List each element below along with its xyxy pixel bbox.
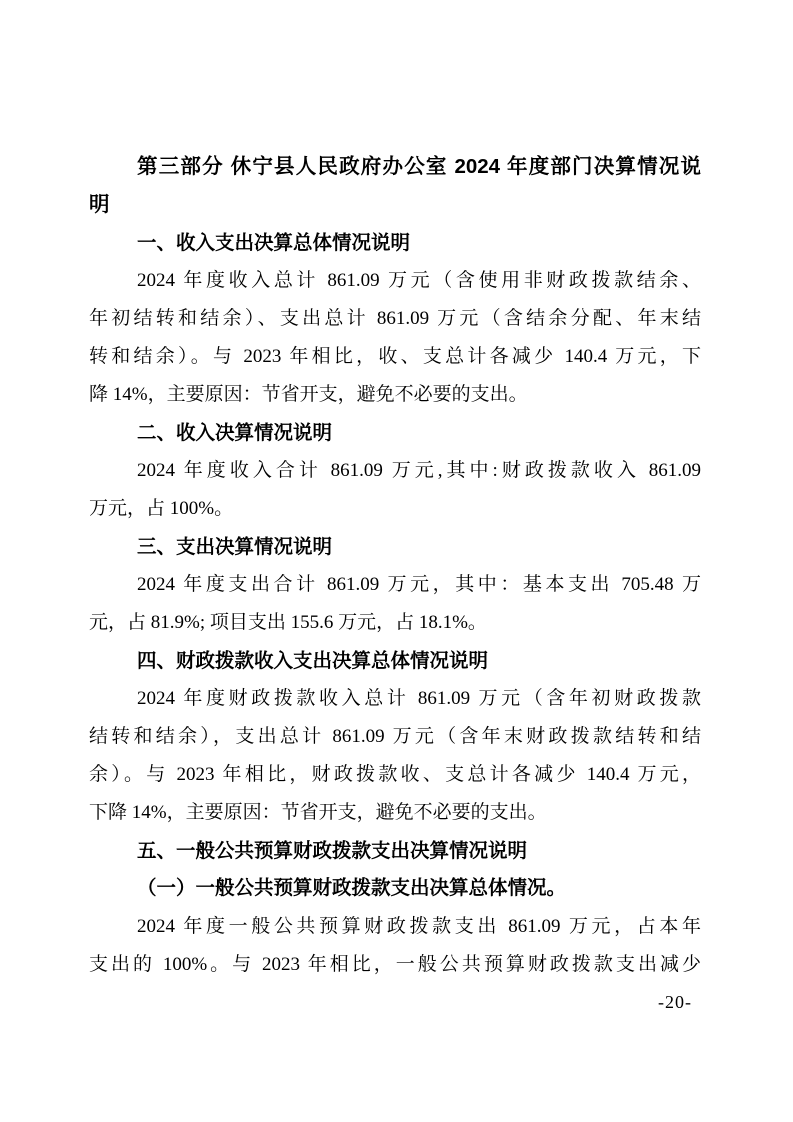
- section-5-subheading: （一）一般公共预算财政拨款支出决算总体情况。: [89, 870, 701, 908]
- section-4-heading: 四、财政拨款收入支出决算总体情况说明: [89, 642, 701, 680]
- page-number: -20-: [658, 991, 692, 1013]
- paragraph-line: 2024 年度一般公共预算财政拨款支出 861.09 万元，占本年: [89, 908, 701, 946]
- paragraph-line: 2024 年度财政拨款收入总计 861.09 万元（含年初财政拨款: [89, 680, 701, 718]
- paragraph-line: 2024 年度收入合计 861.09 万元,其中:财政拨款收入 861.09: [89, 452, 701, 490]
- section-5-heading: 五、一般公共预算财政拨款支出决算情况说明: [89, 832, 701, 870]
- part-title-line-2: 明: [89, 186, 701, 224]
- paragraph-line: 结转和结余），支出总计 861.09 万元（含年末财政拨款结转和结: [89, 718, 701, 756]
- section-1-heading: 一、收入支出决算总体情况说明: [89, 224, 701, 262]
- part-title-line-1: 第三部分 休宁县人民政府办公室 2024 年度部门决算情况说: [89, 148, 701, 186]
- paragraph-line: 万元，占 100%。: [89, 490, 701, 528]
- paragraph-line: 年初结转和结余）、支出总计 861.09 万元（含结余分配、年末结: [89, 300, 701, 338]
- paragraph-line: 转和结余）。与 2023 年相比，收、支总计各减少 140.4 万元，下: [89, 338, 701, 376]
- document-page: 第三部分 休宁县人民政府办公室 2024 年度部门决算情况说 明 一、收入支出决…: [0, 0, 793, 1122]
- paragraph-line: 元，占 81.9%; 项目支出 155.6 万元，占 18.1%。: [89, 604, 701, 642]
- paragraph-line: 下降 14%，主要原因：节省开支，避免不必要的支出。: [89, 794, 701, 832]
- section-2-heading: 二、收入决算情况说明: [89, 414, 701, 452]
- paragraph-line: 2024 年度收入总计 861.09 万元（含使用非财政拨款结余、: [89, 262, 701, 300]
- paragraph-line: 支出的 100%。与 2023 年相比，一般公共预算财政拨款支出减少: [89, 946, 701, 984]
- paragraph-line: 余）。与 2023 年相比，财政拨款收、支总计各减少 140.4 万元，: [89, 756, 701, 794]
- paragraph-line: 降 14%，主要原因：节省开支，避免不必要的支出。: [89, 376, 701, 414]
- section-3-heading: 三、支出决算情况说明: [89, 528, 701, 566]
- page-content: 第三部分 休宁县人民政府办公室 2024 年度部门决算情况说 明 一、收入支出决…: [89, 148, 701, 984]
- paragraph-line: 2024 年度支出合计 861.09 万元，其中：基本支出 705.48 万: [89, 566, 701, 604]
